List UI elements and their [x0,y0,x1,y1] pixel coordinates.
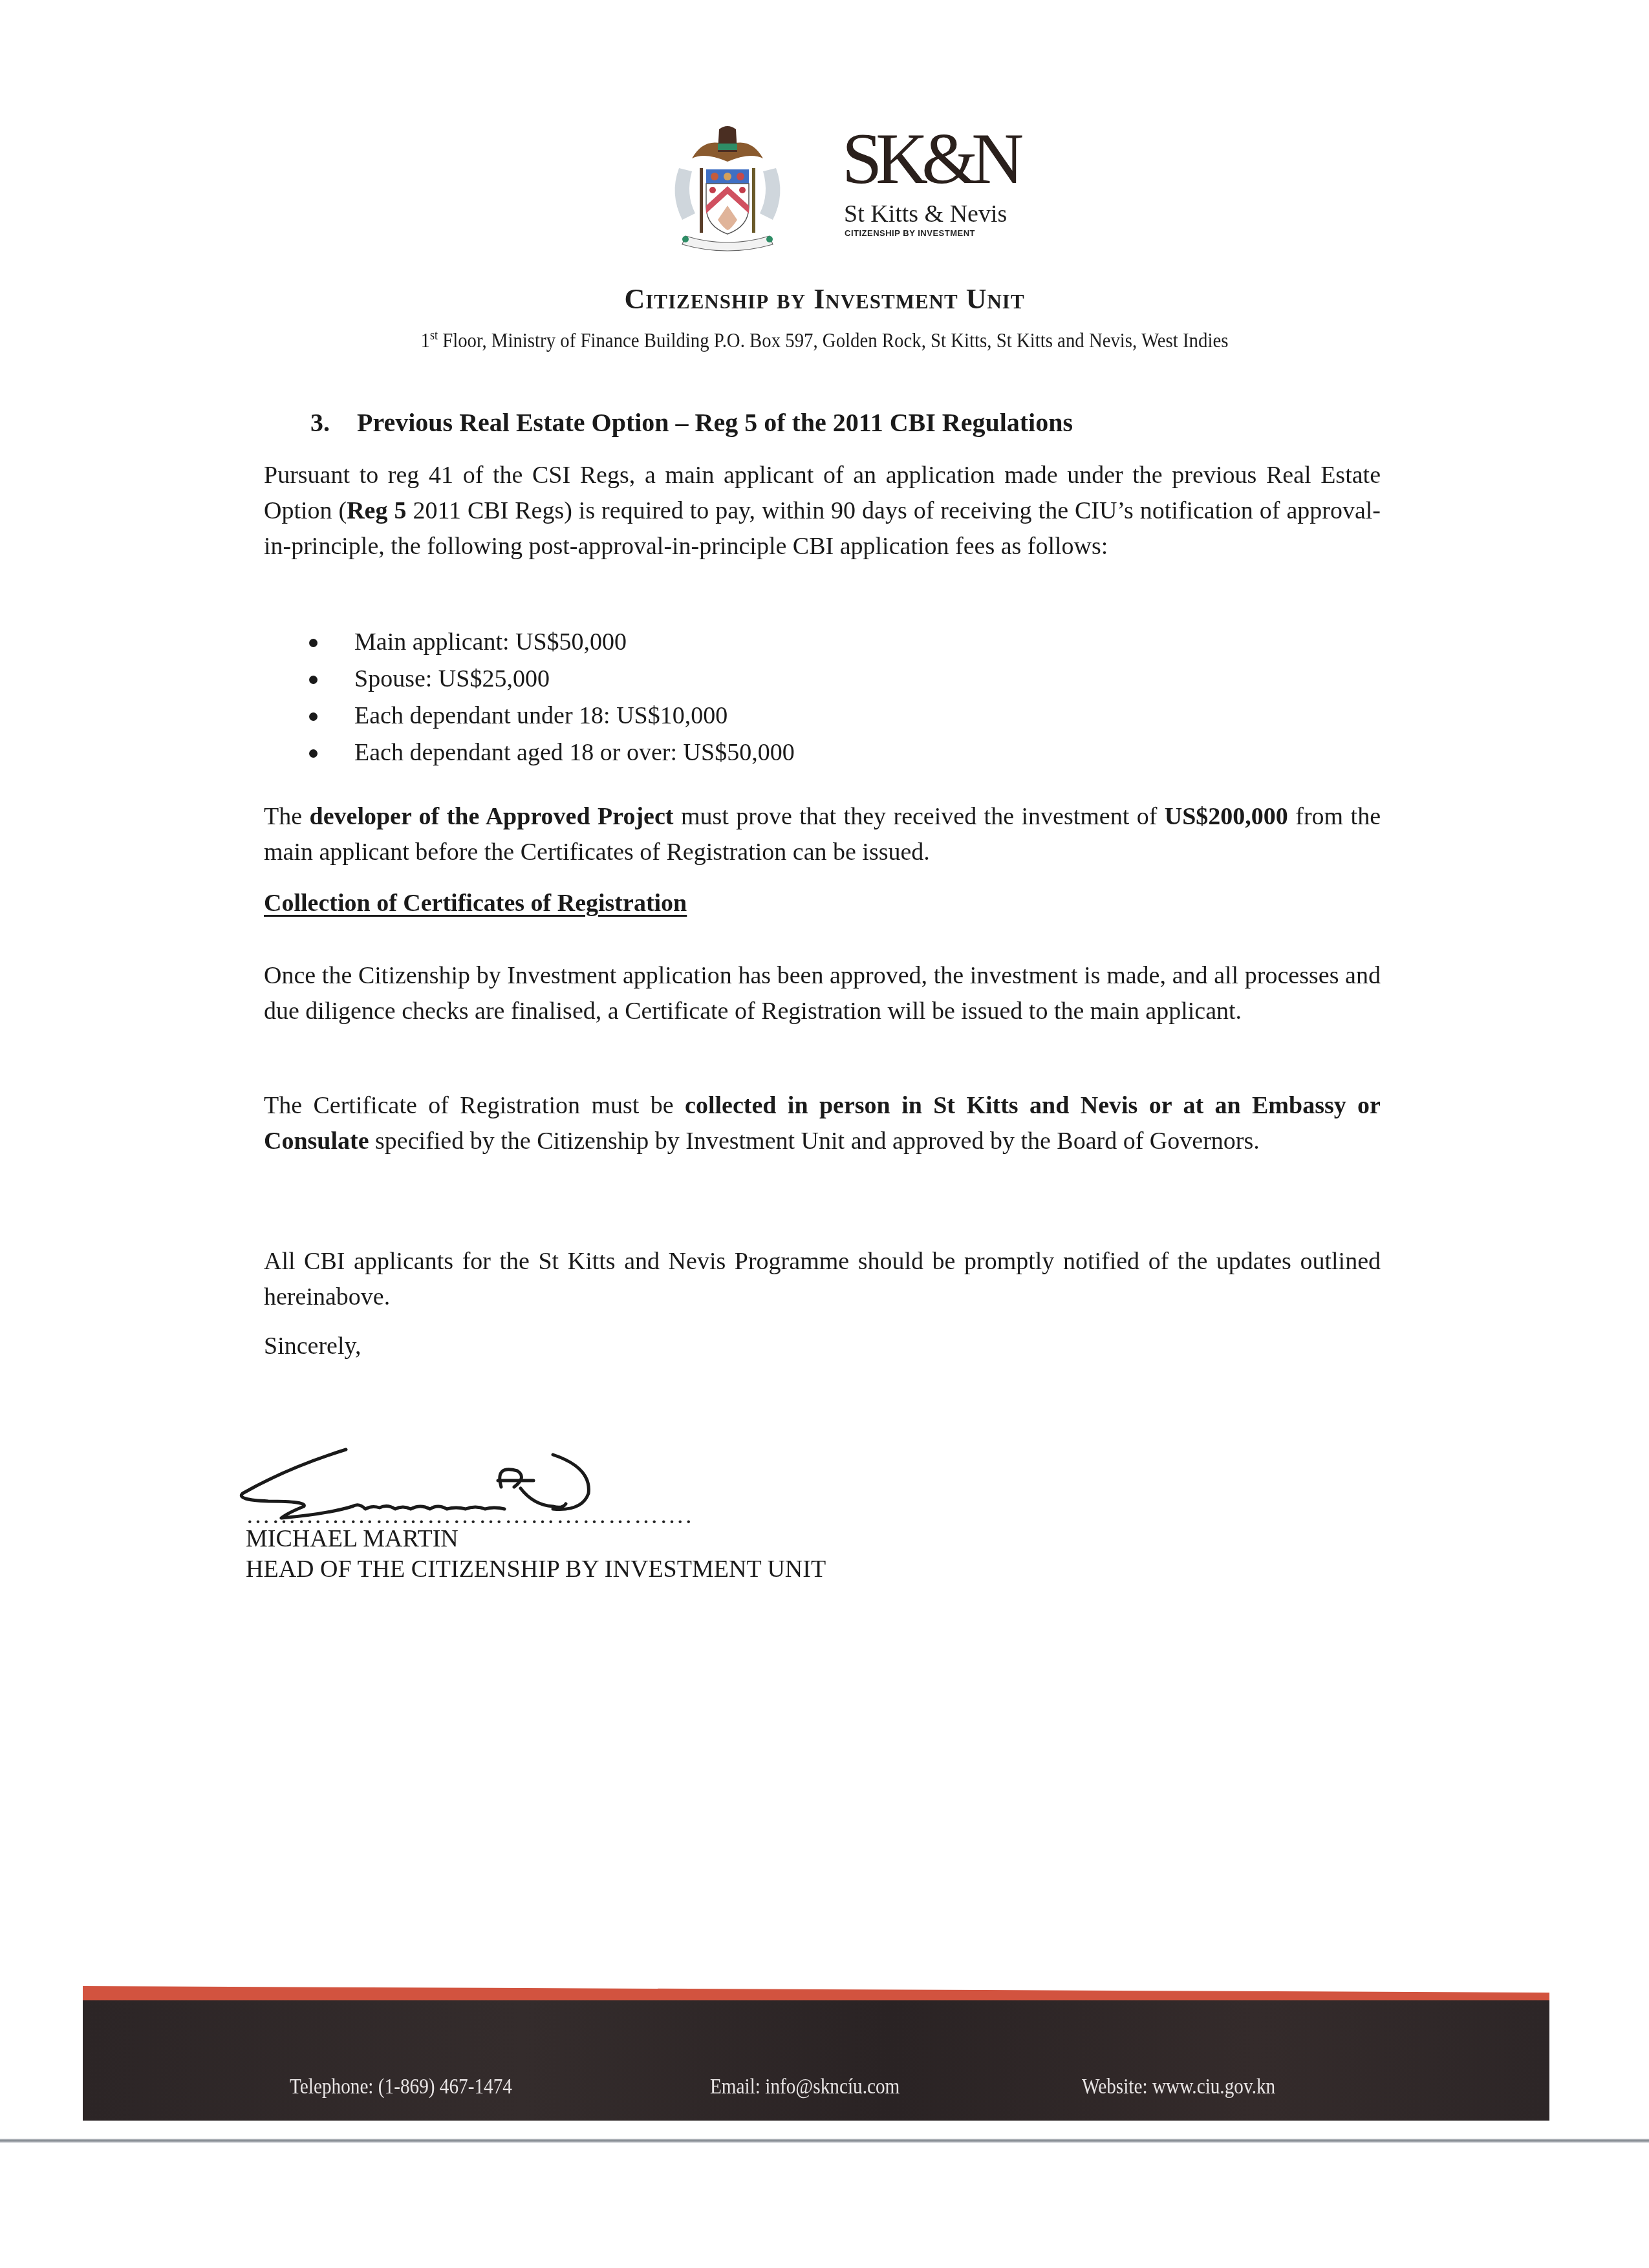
signatory-title: HEAD OF THE CITIZENSHIP BY INVESTMENT UN… [246,1554,826,1585]
paragraph-notification: All CBI applicants for the St Kitts and … [264,1244,1381,1315]
brand-mark: SK&N [842,123,1017,195]
coat-of-arms-logo [666,123,789,259]
list-item: Each dependant under 18: US$10,000 [264,698,795,734]
section-title: Previous Real Estate Option – Reg 5 of t… [357,408,1073,437]
fee-list: Main applicant: US$50,000 Spouse: US$25,… [264,624,795,771]
signatory-name: MICHAEL MARTIN [246,1523,458,1554]
list-item: Main applicant: US$50,000 [264,624,795,661]
page-edge-divider [0,2139,1649,2143]
footer-website: Website: www.ciu.gov.kn [1082,2075,1275,2099]
paragraph-certificate-issue: Once the Citizenship by Investment appli… [264,958,1381,1029]
footer-telephone: Telephone: (1-869) 467-1474 [290,2075,512,2099]
list-item: Spouse: US$25,000 [264,661,795,698]
paragraph-developer-proof: The developer of the Approved Project mu… [264,799,1381,870]
unit-address: 1st Floor, Ministry of Finance Building … [83,328,1567,352]
section-number: 3. [310,407,357,438]
unit-title: Citizenship by Investment Unit [0,283,1649,316]
list-item: Each dependant aged 18 or over: US$50,00… [264,734,795,771]
brand-tagline: CITIZENSHIP BY INVESTMENT [845,228,975,238]
footer-contact-bar: Telephone: (1-869) 467-1474 Email: info@… [83,2000,1549,2121]
collection-heading: Collection of Certificates of Registrati… [264,889,687,917]
paragraph-fees-intro: Pursuant to reg 41 of the CSI Regs, a ma… [264,458,1381,564]
brand-name: St Kitts & Nevis [844,202,1007,226]
closing-salutation: Sincerely, [264,1332,361,1360]
footer-band: Telephone: (1-869) 467-1474 Email: info@… [83,1986,1549,2121]
paragraph-certificate-collection: The Certificate of Registration must be … [264,1088,1381,1159]
footer-email: Email: info@skncíu.com [710,2075,900,2099]
section-heading: 3.Previous Real Estate Option – Reg 5 of… [310,407,1073,438]
